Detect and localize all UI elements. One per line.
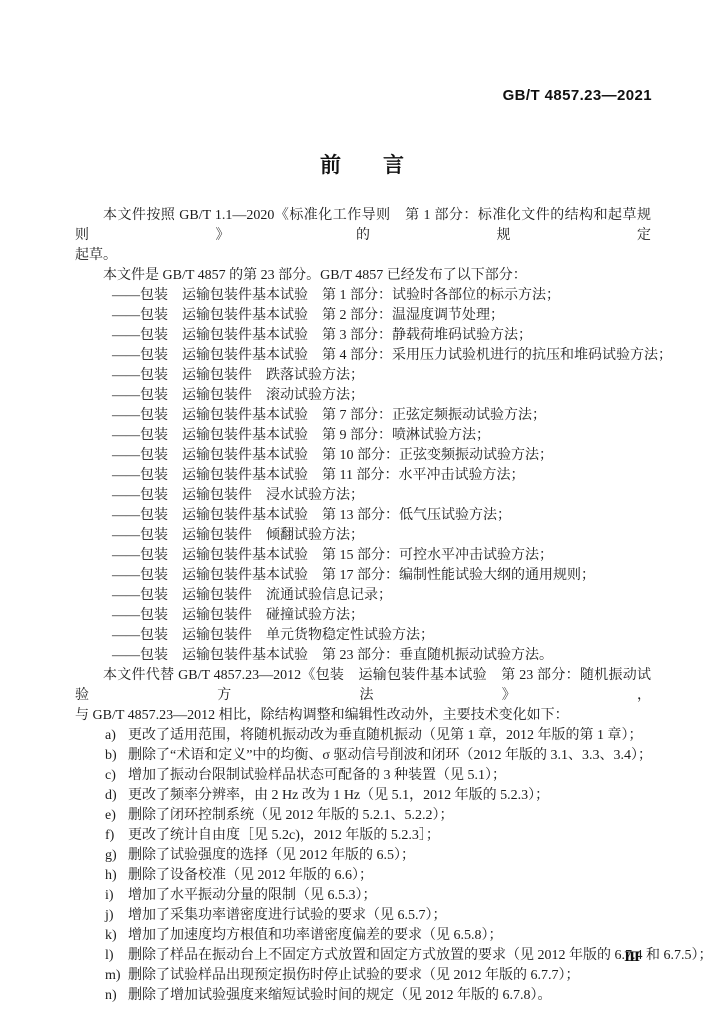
foreword-body: 本文件按照 GB/T 1.1—2020《标准化工作导则 第 1 部分：标准化文件… (75, 206, 651, 1006)
change-item: c) 增加了振动台限制试验样品状态可配备的 3 种装置（见 5.1）； (75, 766, 651, 786)
published-part-item: ——包装 运输包装件基本试验 第 1 部分：试验时各部位的标示方法； (75, 286, 651, 306)
published-part-item: ——包装 运输包装件基本试验 第 23 部分：垂直随机振动试验方法。 (75, 646, 651, 666)
change-label: b) (105, 746, 117, 766)
change-label: a) (105, 726, 116, 746)
published-part-item: ——包装 运输包装件基本试验 第 11 部分：水平冲击试验方法； (75, 466, 651, 486)
published-part-item: ——包装 运输包装件 浸水试验方法； (75, 486, 651, 506)
published-part-item: ——包装 运输包装件 单元货物稳定性试验方法； (75, 626, 651, 646)
change-text: 删除了增加试验强度来缩短试验时间的规定（见 2012 年版的 6.7.8）。 (128, 988, 552, 1003)
change-text: 增加了加速度均方根值和功率谱密度偏差的要求（见 6.5.8）； (128, 928, 503, 943)
change-label: h) (105, 866, 117, 886)
change-label: f) (105, 826, 114, 846)
published-part-item: ——包装 运输包装件基本试验 第 9 部分：喷淋试验方法； (75, 426, 651, 446)
intro-line: 起草。 (75, 246, 651, 266)
standard-number: GB/T 4857.23—2021 (503, 87, 652, 104)
published-part-item: ——包装 运输包装件 跌落试验方法； (75, 366, 651, 386)
change-label: m) (105, 966, 121, 986)
parts-intro: 本文件是 GB/T 4857 的第 23 部分。GB/T 4857 已经发布了以… (75, 266, 651, 286)
change-label: e) (105, 806, 116, 826)
published-part-item: ——包装 运输包装件基本试验 第 2 部分：温湿度调节处理； (75, 306, 651, 326)
change-item: d) 更改了频率分辨率，由 2 Hz 改为 1 Hz（见 5.1，2012 年版… (75, 786, 651, 806)
change-label: j) (105, 906, 114, 926)
change-item: e) 删除了闭环控制系统（见 2012 年版的 5.2.1、5.2.2）； (75, 806, 651, 826)
change-text: 更改了适用范围，将随机振动改为垂直随机振动（见第 1 章，2012 年版的第 1… (128, 728, 643, 743)
change-text: 更改了统计自由度［见 5.2c)，2012 年版的 5.2.3］； (128, 828, 440, 843)
published-part-item: ——包装 运输包装件 倾翻试验方法； (75, 526, 651, 546)
published-part-item: ——包装 运输包装件基本试验 第 3 部分：静载荷堆码试验方法； (75, 326, 651, 346)
change-text: 增加了采集功率谱密度进行试验的要求（见 6.5.7）； (128, 908, 447, 923)
published-part-item: ——包装 运输包装件基本试验 第 7 部分：正弦定频振动试验方法； (75, 406, 651, 426)
published-part-item: ——包装 运输包装件基本试验 第 17 部分：编制性能试验大纲的通用规则； (75, 566, 651, 586)
change-label: i) (105, 886, 114, 906)
published-part-item: ——包装 运输包装件 碰撞试验方法； (75, 606, 651, 626)
change-text: 删除了试验强度的选择（见 2012 年版的 6.5）； (128, 848, 415, 863)
change-item: f) 更改了统计自由度［见 5.2c)，2012 年版的 5.2.3］； (75, 826, 651, 846)
replacement-line: 本文件代替 GB/T 4857.23—2012《包装 运输包装件基本试验 第 2… (75, 666, 651, 706)
change-text: 删除了试验样品出现预定损伤时停止试验的要求（见 2012 年版的 6.7.7）； (128, 968, 580, 983)
change-item: b) 删除了“术语和定义”中的均衡、σ 驱动信号削波和闭环（2012 年版的 3… (75, 746, 651, 766)
change-text: 增加了振动台限制试验样品状态可配备的 3 种装置（见 5.1）； (128, 768, 506, 783)
change-label: l) (105, 946, 114, 966)
intro-line: 本文件按照 GB/T 1.1—2020《标准化工作导则 第 1 部分：标准化文件… (75, 206, 651, 246)
change-item: k) 增加了加速度均方根值和功率谱密度偏差的要求（见 6.5.8）； (75, 926, 651, 946)
change-item: h) 删除了设备校准（见 2012 年版的 6.6）； (75, 866, 651, 886)
change-item: g) 删除了试验强度的选择（见 2012 年版的 6.5）； (75, 846, 651, 866)
replacement-line: 与 GB/T 4857.23—2012 相比，除结构调整和编辑性改动外，主要技术… (75, 706, 651, 726)
change-label: k) (105, 926, 117, 946)
page-number: Ⅲ (624, 949, 640, 965)
change-item: l) 删除了样品在振动台上不固定方式放置和固定方式放置的要求（见 2012 年版… (75, 946, 651, 966)
page-title: 前 言 (0, 149, 724, 179)
change-item: n) 删除了增加试验强度来缩短试验时间的规定（见 2012 年版的 6.7.8）… (75, 986, 651, 1006)
change-item: i) 增加了水平振动分量的限制（见 6.5.3）； (75, 886, 651, 906)
published-part-item: ——包装 运输包装件基本试验 第 10 部分：正弦变频振动试验方法； (75, 446, 651, 466)
published-part-item: ——包装 运输包装件 流通试验信息记录； (75, 586, 651, 606)
change-label: c) (105, 766, 116, 786)
change-text: 增加了水平振动分量的限制（见 6.5.3）； (128, 888, 377, 903)
change-item: j) 增加了采集功率谱密度进行试验的要求（见 6.5.7）； (75, 906, 651, 926)
change-item: a) 更改了适用范围，将随机振动改为垂直随机振动（见第 1 章，2012 年版的… (75, 726, 651, 746)
published-part-item: ——包装 运输包装件 滚动试验方法； (75, 386, 651, 406)
change-item: m) 删除了试验样品出现预定损伤时停止试验的要求（见 2012 年版的 6.7.… (75, 966, 651, 986)
published-part-item: ——包装 运输包装件基本试验 第 4 部分：采用压力试验机进行的抗压和堆码试验方… (75, 346, 651, 366)
published-part-item: ——包装 运输包装件基本试验 第 15 部分：可控水平冲击试验方法； (75, 546, 651, 566)
change-text: 删除了闭环控制系统（见 2012 年版的 5.2.1、5.2.2）； (128, 808, 454, 823)
document-page: GB/T 4857.23—2021 前 言 本文件按照 GB/T 1.1—202… (0, 0, 724, 1024)
change-label: n) (105, 986, 117, 1006)
change-label: g) (105, 846, 117, 866)
change-label: d) (105, 786, 117, 806)
published-part-item: ——包装 运输包装件基本试验 第 13 部分：低气压试验方法； (75, 506, 651, 526)
change-text: 删除了设备校准（见 2012 年版的 6.6）； (128, 868, 373, 883)
change-text: 删除了“术语和定义”中的均衡、σ 驱动信号削波和闭环（2012 年版的 3.1、… (128, 748, 652, 763)
change-text: 更改了频率分辨率，由 2 Hz 改为 1 Hz（见 5.1，2012 年版的 5… (128, 788, 549, 803)
